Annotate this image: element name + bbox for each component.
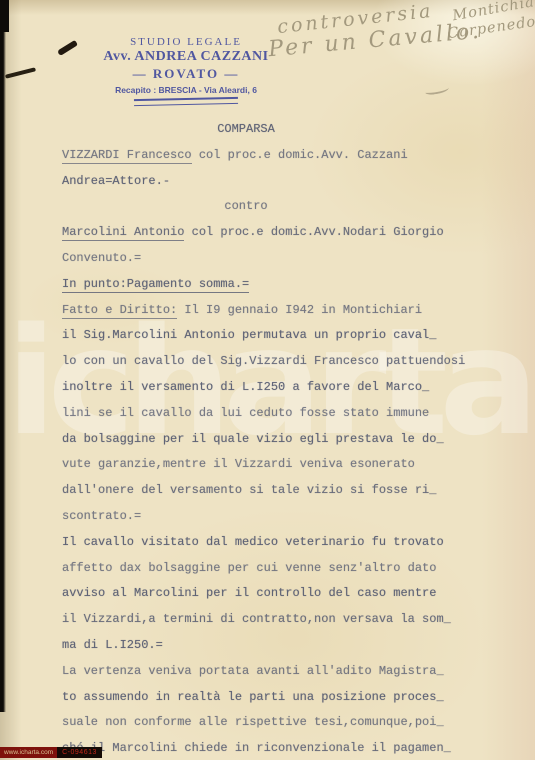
typed-text: scontrato.=	[62, 509, 141, 523]
typed-line: ma di L.I250.=	[62, 633, 482, 659]
typed-underlined-text: VIZZARDI Francesco	[62, 148, 192, 164]
typed-line: VIZZARDI Francesco col proc.e domic.Avv.…	[62, 143, 482, 169]
typed-text: inoltre il versamento di L.I250 a favore…	[62, 380, 429, 394]
typed-text: Andrea=Attore.-	[62, 174, 170, 188]
typed-line: Marcolini Antonio col proc.e domic.Avv.N…	[62, 220, 482, 246]
typed-text: vute garanzie,mentre il Vizzardi veniva …	[62, 457, 415, 471]
typed-text: ma di L.I250.=	[62, 638, 163, 652]
typed-line: La vertenza veniva portata avanti all'ad…	[62, 659, 482, 685]
typed-text: col proc.e domic.Avv.Nodari Giorgio	[184, 225, 443, 239]
typed-line: Andrea=Attore.-	[62, 169, 482, 195]
typed-text: to assumendo in realtà le parti una posi…	[62, 690, 444, 704]
typed-text: avviso al Marcolini per il controllo del…	[62, 586, 436, 600]
typed-underlined-text: In punto:Pagamento somma.=	[62, 277, 249, 293]
typed-text: affetto dax bolsaggine per cui venne sen…	[62, 561, 436, 575]
letterhead-rule	[134, 97, 238, 106]
typed-line: scontrato.=	[62, 504, 482, 530]
typed-line: affetto dax bolsaggine per cui venne sen…	[62, 556, 482, 582]
typed-line: Il cavallo visitato dal medico veterinar…	[62, 530, 482, 556]
typed-line: to assumendo in realtà le parti una posi…	[62, 685, 482, 711]
typed-text: contro	[224, 199, 267, 213]
typed-line: avviso al Marcolini per il controllo del…	[62, 581, 482, 607]
typed-underlined-text: Marcolini Antonio	[62, 225, 184, 241]
typed-line: lini se il cavallo da lui ceduto fosse s…	[62, 401, 482, 427]
typed-text: COMPARSA	[217, 122, 275, 136]
letterhead: STUDIO LEGALE Avv. ANDREA CAZZANI — ROVA…	[98, 36, 274, 105]
typed-line: inoltre il versamento di L.I250 a favore…	[62, 375, 482, 401]
typed-line: In punto:Pagamento somma.=	[62, 272, 482, 298]
typed-line: il Sig.Marcolini Antonio permutava un pr…	[62, 323, 482, 349]
typed-line: suale non conforme alle rispettive tesi,…	[62, 710, 482, 736]
letterhead-lawyer-name: Avv. ANDREA CAZZANI	[98, 49, 274, 65]
archive-strip-code: C-094613	[57, 747, 102, 758]
ink-mark	[5, 67, 36, 78]
typed-text: lini se il cavallo da lui ceduto fosse s…	[62, 406, 429, 420]
scan-edge-corner	[0, 0, 9, 32]
typed-line: ché il Marcolini chiede in riconvenziona…	[62, 736, 482, 760]
document-page: icharta STUDIO LEGALE Avv. ANDREA CAZZAN…	[0, 0, 535, 760]
letterhead-studio-line: STUDIO LEGALE	[98, 36, 274, 48]
typed-text: Il I9 gennaio I942 in Montichiari	[177, 303, 422, 317]
typed-text: La vertenza veniva portata avanti all'ad…	[62, 664, 444, 678]
typed-text: Il cavallo visitato dal medico veterinar…	[62, 535, 444, 549]
typed-line: Convenuto.=	[62, 246, 482, 272]
letterhead-address: Recapito : BRESCIA - Via Aleardi, 6	[98, 85, 274, 95]
archive-strip-watermark: www.icharta.com C-094613	[0, 747, 102, 758]
typed-text: col proc.e domic.Avv. Cazzani	[192, 148, 408, 162]
typed-text: ché il Marcolini chiede in riconvenziona…	[62, 741, 451, 755]
typed-line: Fatto e Diritto: Il I9 gennaio I942 in M…	[62, 298, 482, 324]
typed-line: dall'onere del versamento si tale vizio …	[62, 478, 482, 504]
letterhead-city: — ROVATO —	[98, 66, 274, 82]
typed-line: il Vizzardi,a termini di contratto,non v…	[62, 607, 482, 633]
ink-mark	[57, 40, 78, 56]
archive-strip-site: www.icharta.com	[0, 747, 57, 758]
typed-text: da bolsaggine per il quale vizio egli pr…	[62, 432, 444, 446]
typed-text: il Sig.Marcolini Antonio permutava un pr…	[62, 328, 436, 342]
typed-line: vute garanzie,mentre il Vizzardi veniva …	[62, 452, 482, 478]
typed-text: suale non conforme alle rispettive tesi,…	[62, 715, 444, 729]
typed-line: da bolsaggine per il quale vizio egli pr…	[62, 427, 482, 453]
typed-text: dall'onere del versamento si tale vizio …	[62, 483, 436, 497]
typed-text: Convenuto.=	[62, 251, 141, 265]
typed-underlined-text: Fatto e Diritto:	[62, 303, 177, 319]
typed-text: il Vizzardi,a termini di contratto,non v…	[62, 612, 451, 626]
typed-line: COMPARSA	[36, 117, 456, 143]
typed-line: lo con un cavallo del Sig.Vizzardi Franc…	[62, 349, 482, 375]
typed-body: COMPARSAVIZZARDI Francesco col proc.e do…	[62, 117, 482, 760]
scan-edge-shadow	[0, 0, 6, 712]
typed-text: lo con un cavallo del Sig.Vizzardi Franc…	[62, 354, 465, 368]
pencil-dash-mark	[425, 84, 450, 95]
typed-line: contro	[36, 194, 456, 220]
